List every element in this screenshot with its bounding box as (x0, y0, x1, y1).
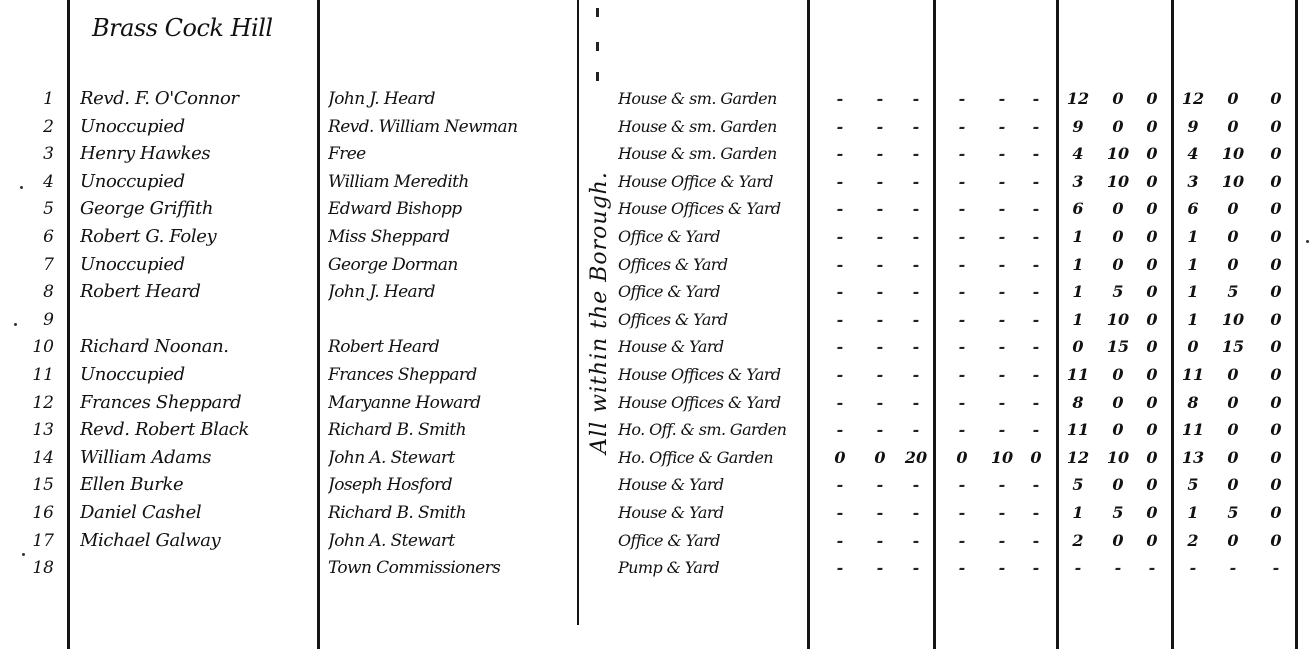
tenement-description: House & sm. Garden (618, 141, 808, 167)
valuation-value-pounds: 6 (1060, 196, 1096, 222)
valuation-value-pence: 0 (1134, 169, 1170, 195)
buildings-value-pence: - (1018, 390, 1054, 416)
valuation-value-shillings: 0 (1100, 472, 1136, 498)
tenement-description: House & sm. Garden (618, 86, 808, 112)
note-dash (596, 8, 599, 17)
total-value-pence: 0 (1258, 445, 1294, 471)
row-number: 2 (20, 114, 60, 140)
occupier-name: Frances Sheppard (80, 390, 315, 416)
total-value-pence: 0 (1258, 224, 1294, 250)
lessor-name: Town Commissioners (328, 555, 576, 581)
land-value-pence: - (898, 528, 934, 554)
table-row: 13Revd. Robert BlackRichard B. SmithHo. … (0, 417, 1312, 443)
total-value-pence: 0 (1258, 500, 1294, 526)
valuation-value-pence: 0 (1134, 279, 1170, 305)
valuation-value-pounds: 1 (1060, 500, 1096, 526)
land-value-shillings: - (862, 114, 898, 140)
land-value-pence: - (898, 224, 934, 250)
occupier-name: Richard Noonan. (80, 334, 315, 360)
row-number: 12 (20, 390, 60, 416)
land-value-pounds: 0 (822, 445, 858, 471)
lessor-name: Frances Sheppard (328, 362, 576, 388)
total-value-pence: 0 (1258, 114, 1294, 140)
land-value-pounds: - (822, 362, 858, 388)
total-value-shillings: 0 (1215, 390, 1251, 416)
buildings-value-pence: - (1018, 252, 1054, 278)
land-value-pounds: - (822, 224, 858, 250)
valuation-value-pence: 0 (1134, 528, 1170, 554)
lessor-name: Richard B. Smith (328, 500, 576, 526)
total-value-shillings: 5 (1215, 279, 1251, 305)
tenement-description: House Offices & Yard (618, 196, 808, 222)
buildings-value-shillings: - (984, 141, 1020, 167)
valuation-value-shillings: - (1100, 555, 1136, 581)
table-row: 8Robert HeardJohn J. HeardOffice & Yard-… (0, 279, 1312, 305)
total-value-pence: 0 (1258, 141, 1294, 167)
valuation-value-shillings: 0 (1100, 86, 1136, 112)
lessor-name: Revd. William Newman (328, 114, 576, 140)
valuation-value-pounds: 11 (1060, 362, 1096, 388)
valuation-value-shillings: 0 (1100, 114, 1136, 140)
valuation-value-shillings: 0 (1100, 196, 1136, 222)
land-value-pence: - (898, 114, 934, 140)
total-value-pounds: - (1175, 555, 1211, 581)
total-value-pence: 0 (1258, 528, 1294, 554)
buildings-value-pence: - (1018, 307, 1054, 333)
row-number: 11 (20, 362, 60, 388)
tenement-description: House Offices & Yard (618, 390, 808, 416)
land-value-pounds: - (822, 528, 858, 554)
total-value-pounds: 1 (1175, 279, 1211, 305)
buildings-value-shillings: - (984, 528, 1020, 554)
valuation-value-pounds: 8 (1060, 390, 1096, 416)
buildings-value-pounds: - (944, 86, 980, 112)
buildings-value-shillings: - (984, 500, 1020, 526)
total-value-pounds: 1 (1175, 224, 1211, 250)
buildings-value-shillings: - (984, 279, 1020, 305)
lessor-name (328, 307, 576, 333)
buildings-value-pence: - (1018, 334, 1054, 360)
table-row: 10Richard Noonan.Robert HeardHouse & Yar… (0, 334, 1312, 360)
table-row: 2UnoccupiedRevd. William NewmanHouse & s… (0, 114, 1312, 140)
total-value-pounds: 13 (1175, 445, 1211, 471)
row-number: 17 (20, 528, 60, 554)
land-value-pounds: - (822, 500, 858, 526)
buildings-value-shillings: - (984, 224, 1020, 250)
valuation-value-shillings: 10 (1100, 307, 1136, 333)
land-value-pence: - (898, 252, 934, 278)
table-row: 7UnoccupiedGeorge DormanOffices & Yard--… (0, 252, 1312, 278)
land-value-shillings: 0 (862, 445, 898, 471)
occupier-name: Ellen Burke (80, 472, 315, 498)
lessor-name: Maryanne Howard (328, 390, 576, 416)
land-value-pounds: - (822, 141, 858, 167)
buildings-value-shillings: - (984, 334, 1020, 360)
buildings-value-pounds: - (944, 114, 980, 140)
valuation-value-pounds: 3 (1060, 169, 1096, 195)
tenement-description: House & Yard (618, 500, 808, 526)
occupier-name: George Griffith (80, 196, 315, 222)
occupier-name: Unoccupied (80, 362, 315, 388)
total-value-pence: 0 (1258, 169, 1294, 195)
valuation-value-pence: 0 (1134, 307, 1170, 333)
total-value-shillings: 0 (1215, 252, 1251, 278)
land-value-pounds: - (822, 86, 858, 112)
buildings-value-pounds: 0 (944, 445, 980, 471)
tenement-description: House & Yard (618, 472, 808, 498)
lessor-name: Edward Bishopp (328, 196, 576, 222)
buildings-value-pence: - (1018, 86, 1054, 112)
buildings-value-pence: - (1018, 141, 1054, 167)
buildings-value-pence: - (1018, 114, 1054, 140)
occupier-name: Unoccupied (80, 252, 315, 278)
buildings-value-shillings: - (984, 252, 1020, 278)
valuation-value-pence: 0 (1134, 224, 1170, 250)
valuation-value-shillings: 0 (1100, 528, 1136, 554)
land-value-shillings: - (862, 141, 898, 167)
occupier-name: Revd. F. O'Connor (80, 86, 315, 112)
land-value-shillings: - (862, 528, 898, 554)
valuation-value-pence: 0 (1134, 362, 1170, 388)
land-value-pence: - (898, 362, 934, 388)
lessor-name: John A. Stewart (328, 528, 576, 554)
buildings-value-pounds: - (944, 362, 980, 388)
buildings-value-pounds: - (944, 169, 980, 195)
tenement-description: Office & Yard (618, 224, 808, 250)
total-value-pence: 0 (1258, 86, 1294, 112)
paper-speck (22, 553, 25, 556)
occupier-name: Henry Hawkes (80, 141, 315, 167)
buildings-value-shillings: - (984, 472, 1020, 498)
land-value-pence: - (898, 334, 934, 360)
table-row: 11UnoccupiedFrances SheppardHouse Office… (0, 362, 1312, 388)
land-value-pence: - (898, 307, 934, 333)
table-row: 4UnoccupiedWilliam MeredithHouse Office … (0, 169, 1312, 195)
lessor-name: Joseph Hosford (328, 472, 576, 498)
paper-speck (1306, 240, 1309, 243)
table-row: 17Michael GalwayJohn A. StewartOffice & … (0, 528, 1312, 554)
tenement-description: Office & Yard (618, 528, 808, 554)
total-value-shillings: 15 (1215, 334, 1251, 360)
occupier-name: William Adams (80, 445, 315, 471)
total-value-pounds: 4 (1175, 141, 1211, 167)
row-number: 14 (20, 445, 60, 471)
valuation-value-shillings: 15 (1100, 334, 1136, 360)
total-value-pence: 0 (1258, 252, 1294, 278)
row-number: 10 (20, 334, 60, 360)
valuation-value-shillings: 10 (1100, 169, 1136, 195)
table-row: 9Offices & Yard------11001100 (0, 307, 1312, 333)
row-number: 7 (20, 252, 60, 278)
valuation-value-pence: 0 (1134, 252, 1170, 278)
land-value-pounds: - (822, 307, 858, 333)
total-value-shillings: 10 (1215, 307, 1251, 333)
total-value-shillings: 0 (1215, 196, 1251, 222)
tenement-description: House Office & Yard (618, 169, 808, 195)
ledger-page: Brass Cock Hill All within the Borough. … (0, 0, 1312, 649)
valuation-value-pence: 0 (1134, 390, 1170, 416)
valuation-value-shillings: 10 (1100, 445, 1136, 471)
occupier-name: Michael Galway (80, 528, 315, 554)
valuation-value-pence: 0 (1134, 196, 1170, 222)
lessor-name: John J. Heard (328, 279, 576, 305)
buildings-value-pounds: - (944, 528, 980, 554)
total-value-shillings: 0 (1215, 362, 1251, 388)
total-value-pounds: 12 (1175, 86, 1211, 112)
valuation-value-pounds: 0 (1060, 334, 1096, 360)
tenement-description: Office & Yard (618, 279, 808, 305)
land-value-pence: - (898, 417, 934, 443)
total-value-pounds: 1 (1175, 500, 1211, 526)
valuation-value-pounds: 1 (1060, 224, 1096, 250)
buildings-value-pence: - (1018, 528, 1054, 554)
total-value-pounds: 8 (1175, 390, 1211, 416)
note-dash (596, 42, 599, 51)
note-dash (596, 72, 599, 81)
buildings-value-shillings: - (984, 555, 1020, 581)
land-value-shillings: - (862, 555, 898, 581)
buildings-value-pence: - (1018, 472, 1054, 498)
total-value-pounds: 11 (1175, 417, 1211, 443)
table-row: 1Revd. F. O'ConnorJohn J. HeardHouse & s… (0, 86, 1312, 112)
occupier-name: Revd. Robert Black (80, 417, 315, 443)
total-value-pence: 0 (1258, 334, 1294, 360)
land-value-pounds: - (822, 555, 858, 581)
land-value-pence: - (898, 279, 934, 305)
valuation-value-shillings: 10 (1100, 141, 1136, 167)
total-value-pence: - (1258, 555, 1294, 581)
row-number: 9 (20, 307, 60, 333)
total-value-pence: 0 (1258, 417, 1294, 443)
buildings-value-pounds: - (944, 252, 980, 278)
valuation-value-pounds: 5 (1060, 472, 1096, 498)
buildings-value-pounds: - (944, 307, 980, 333)
total-value-pence: 0 (1258, 279, 1294, 305)
land-value-pence: - (898, 196, 934, 222)
total-value-shillings: 0 (1215, 528, 1251, 554)
total-value-pounds: 11 (1175, 362, 1211, 388)
lessor-name: Free (328, 141, 576, 167)
land-value-pence: - (898, 390, 934, 416)
table-row: 14William AdamsJohn A. StewartHo. Office… (0, 445, 1312, 471)
lessor-name: Miss Sheppard (328, 224, 576, 250)
valuation-value-pounds: - (1060, 555, 1096, 581)
row-number: 15 (20, 472, 60, 498)
buildings-value-pounds: - (944, 390, 980, 416)
land-value-pounds: - (822, 196, 858, 222)
total-value-shillings: 0 (1215, 445, 1251, 471)
total-value-shillings: - (1215, 555, 1251, 581)
valuation-value-shillings: 5 (1100, 500, 1136, 526)
land-value-shillings: - (862, 196, 898, 222)
land-value-shillings: - (862, 252, 898, 278)
valuation-value-pounds: 11 (1060, 417, 1096, 443)
land-value-pounds: - (822, 472, 858, 498)
occupier-name: Robert G. Foley (80, 224, 315, 250)
table-row: 6Robert G. FoleyMiss SheppardOffice & Ya… (0, 224, 1312, 250)
total-value-pounds: 9 (1175, 114, 1211, 140)
lessor-name: George Dorman (328, 252, 576, 278)
buildings-value-shillings: - (984, 307, 1020, 333)
total-value-pounds: 1 (1175, 307, 1211, 333)
buildings-value-pence: - (1018, 500, 1054, 526)
total-value-pence: 0 (1258, 196, 1294, 222)
occupier-name (80, 307, 315, 333)
land-value-shillings: - (862, 86, 898, 112)
lessor-name: John J. Heard (328, 86, 576, 112)
buildings-value-pounds: - (944, 334, 980, 360)
valuation-value-pounds: 1 (1060, 307, 1096, 333)
row-number: 18 (20, 555, 60, 581)
land-value-pounds: - (822, 390, 858, 416)
row-number: 5 (20, 196, 60, 222)
land-value-shillings: - (862, 417, 898, 443)
row-number: 13 (20, 417, 60, 443)
total-value-shillings: 0 (1215, 417, 1251, 443)
land-value-pence: - (898, 555, 934, 581)
valuation-value-pence: 0 (1134, 86, 1170, 112)
buildings-value-pence: - (1018, 224, 1054, 250)
occupier-name: Unoccupied (80, 169, 315, 195)
tenement-description: Ho. Off. & sm. Garden (618, 417, 808, 443)
land-value-pence: 20 (898, 445, 934, 471)
buildings-value-pence: - (1018, 279, 1054, 305)
land-value-pounds: - (822, 334, 858, 360)
total-value-pounds: 3 (1175, 169, 1211, 195)
table-row: 12Frances SheppardMaryanne HowardHouse O… (0, 390, 1312, 416)
land-value-shillings: - (862, 472, 898, 498)
table-row: 16Daniel CashelRichard B. SmithHouse & Y… (0, 500, 1312, 526)
land-value-pounds: - (822, 417, 858, 443)
valuation-value-pounds: 1 (1060, 279, 1096, 305)
buildings-value-shillings: - (984, 86, 1020, 112)
tenement-description: Pump & Yard (618, 555, 808, 581)
row-number: 6 (20, 224, 60, 250)
lessor-name: John A. Stewart (328, 445, 576, 471)
total-value-pence: 0 (1258, 472, 1294, 498)
buildings-value-shillings: - (984, 417, 1020, 443)
buildings-value-pounds: - (944, 224, 980, 250)
total-value-shillings: 0 (1215, 224, 1251, 250)
buildings-value-pounds: - (944, 472, 980, 498)
valuation-value-shillings: 0 (1100, 417, 1136, 443)
valuation-value-pence: - (1134, 555, 1170, 581)
lessor-name: Robert Heard (328, 334, 576, 360)
land-value-shillings: - (862, 307, 898, 333)
total-value-shillings: 0 (1215, 114, 1251, 140)
occupier-name (80, 555, 315, 581)
paper-speck (14, 323, 17, 326)
valuation-value-shillings: 0 (1100, 224, 1136, 250)
tenement-description: Ho. Office & Garden (618, 445, 808, 471)
land-value-pounds: - (822, 252, 858, 278)
total-value-pence: 0 (1258, 362, 1294, 388)
valuation-value-pounds: 1 (1060, 252, 1096, 278)
buildings-value-pence: - (1018, 362, 1054, 388)
buildings-value-pence: - (1018, 196, 1054, 222)
buildings-value-shillings: - (984, 362, 1020, 388)
lessor-name: William Meredith (328, 169, 576, 195)
paper-speck (20, 186, 23, 189)
valuation-value-pounds: 9 (1060, 114, 1096, 140)
tenement-description: House Offices & Yard (618, 362, 808, 388)
row-number: 8 (20, 279, 60, 305)
row-number: 4 (20, 169, 60, 195)
tenement-description: Offices & Yard (618, 307, 808, 333)
land-value-shillings: - (862, 334, 898, 360)
row-number: 1 (20, 86, 60, 112)
total-value-pounds: 6 (1175, 196, 1211, 222)
total-value-shillings: 10 (1215, 169, 1251, 195)
total-value-pounds: 2 (1175, 528, 1211, 554)
valuation-value-shillings: 0 (1100, 390, 1136, 416)
land-value-pence: - (898, 500, 934, 526)
total-value-shillings: 0 (1215, 86, 1251, 112)
valuation-value-pounds: 12 (1060, 445, 1096, 471)
buildings-value-shillings: - (984, 114, 1020, 140)
buildings-value-pounds: - (944, 417, 980, 443)
land-value-pence: - (898, 141, 934, 167)
buildings-value-shillings: - (984, 169, 1020, 195)
valuation-value-shillings: 0 (1100, 252, 1136, 278)
total-value-shillings: 10 (1215, 141, 1251, 167)
buildings-value-pence: 0 (1018, 445, 1054, 471)
occupier-name: Daniel Cashel (80, 500, 315, 526)
tenement-description: House & Yard (618, 334, 808, 360)
total-value-shillings: 0 (1215, 472, 1251, 498)
valuation-value-pounds: 4 (1060, 141, 1096, 167)
buildings-value-shillings: - (984, 390, 1020, 416)
valuation-value-shillings: 0 (1100, 362, 1136, 388)
total-value-pounds: 1 (1175, 252, 1211, 278)
buildings-value-pounds: - (944, 196, 980, 222)
land-value-pence: - (898, 472, 934, 498)
buildings-value-shillings: 10 (984, 445, 1020, 471)
land-value-pounds: - (822, 114, 858, 140)
buildings-value-pence: - (1018, 417, 1054, 443)
land-value-shillings: - (862, 224, 898, 250)
valuation-value-pounds: 12 (1060, 86, 1096, 112)
total-value-shillings: 5 (1215, 500, 1251, 526)
valuation-value-pence: 0 (1134, 472, 1170, 498)
valuation-value-shillings: 5 (1100, 279, 1136, 305)
buildings-value-pounds: - (944, 141, 980, 167)
valuation-value-pence: 0 (1134, 500, 1170, 526)
buildings-value-pounds: - (944, 279, 980, 305)
buildings-value-pounds: - (944, 500, 980, 526)
buildings-value-pounds: - (944, 555, 980, 581)
buildings-value-shillings: - (984, 196, 1020, 222)
total-value-pence: 0 (1258, 307, 1294, 333)
total-value-pence: 0 (1258, 390, 1294, 416)
valuation-value-pence: 0 (1134, 114, 1170, 140)
lessor-name: Richard B. Smith (328, 417, 576, 443)
total-value-pounds: 0 (1175, 334, 1211, 360)
land-value-shillings: - (862, 279, 898, 305)
occupier-name: Unoccupied (80, 114, 315, 140)
land-value-pence: - (898, 86, 934, 112)
table-row: 15Ellen BurkeJoseph HosfordHouse & Yard-… (0, 472, 1312, 498)
valuation-value-pounds: 2 (1060, 528, 1096, 554)
valuation-value-pence: 0 (1134, 141, 1170, 167)
valuation-value-pence: 0 (1134, 445, 1170, 471)
total-value-pounds: 5 (1175, 472, 1211, 498)
row-number: 3 (20, 141, 60, 167)
tenement-description: House & sm. Garden (618, 114, 808, 140)
land-value-shillings: - (862, 362, 898, 388)
land-value-shillings: - (862, 390, 898, 416)
valuation-value-pence: 0 (1134, 417, 1170, 443)
